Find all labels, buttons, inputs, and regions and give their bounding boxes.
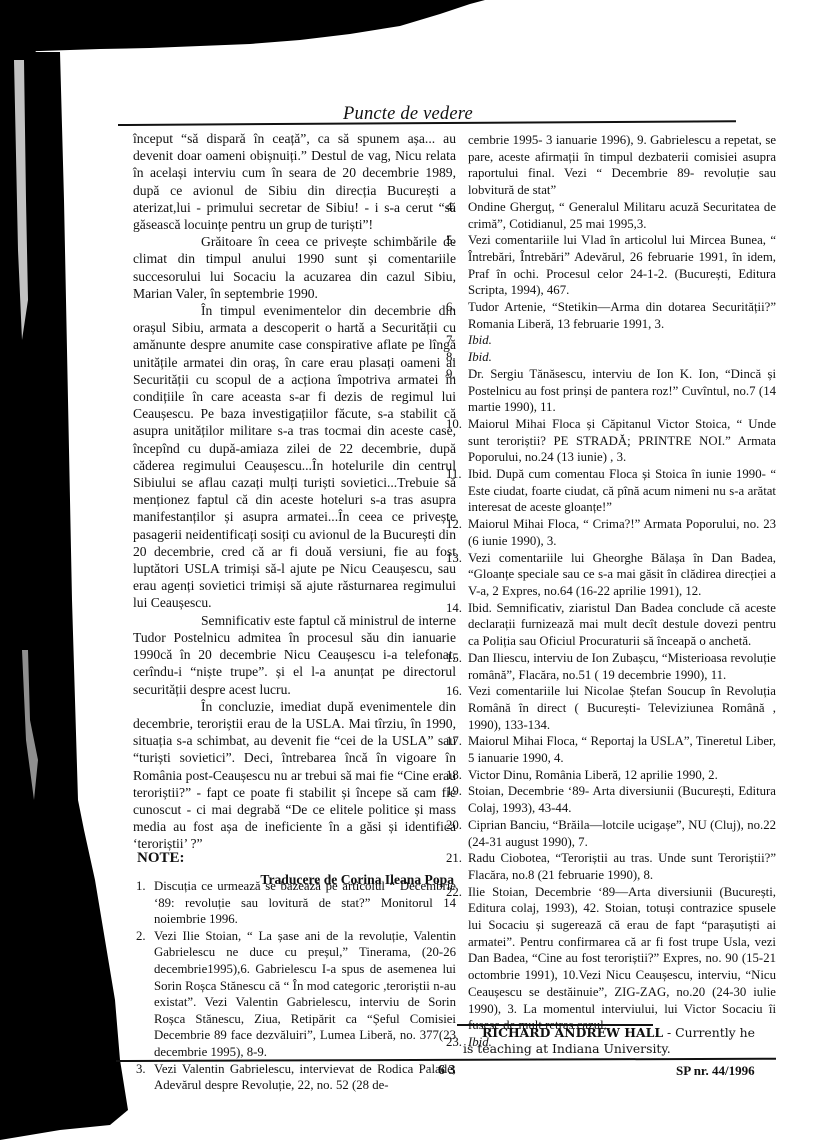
footnote-text: Ibid. xyxy=(468,349,776,366)
footnote-number: 6. xyxy=(446,299,468,332)
footnote: 18.Victor Dinu, România Liberă, 12 april… xyxy=(446,767,776,784)
article-paragraph: Semnificativ este faptul că ministrul de… xyxy=(133,612,456,698)
footnote-number: 7. xyxy=(446,332,468,349)
footnote-number: 22. xyxy=(446,884,468,1034)
page-number: 6 3 xyxy=(438,1063,456,1079)
footnote-text: Dan Iliescu, interviu de Ion Zubașcu, “M… xyxy=(468,650,776,683)
footnote-number: 11. xyxy=(446,466,468,516)
footnote-text: Dr. Sergiu Tănăsescu, interviu de Ion K.… xyxy=(468,366,776,416)
footnote: 12.Maiorul Mihai Floca, “ Crima?!” Armat… xyxy=(446,516,776,549)
footnote-number: 15. xyxy=(446,650,468,683)
footnote-text: Vezi Ilie Stoian, “ La șase ani de la re… xyxy=(154,928,456,1061)
footnote-number: 13. xyxy=(446,550,468,600)
footnote: 3. Vezi Valentin Gabrielescu, intervieva… xyxy=(136,1061,456,1094)
footnote-text: Ondine Gherguț, “ Generalul Militaru acu… xyxy=(468,199,776,232)
footnote-text: Discuția ce urmează se bazează pe artico… xyxy=(154,878,456,928)
footnote-text: Ibid. Semnificativ, ziaristul Dan Badea … xyxy=(468,600,776,650)
footnote-number: 12. xyxy=(446,516,468,549)
footnote-number: 14. xyxy=(446,600,468,650)
footnote: 19.Stoian, Decembrie ‘89- Arta diversiun… xyxy=(446,783,776,816)
footnote-number: 10. xyxy=(446,416,468,466)
footnote-number: 2. xyxy=(136,928,154,1061)
footnote-text: Vezi comentariile lui Nicolae Ștefan Sou… xyxy=(468,683,776,733)
footnote-text: Maiorul Mihai Floca și Căpitanul Victor … xyxy=(468,416,776,466)
footnote: 17.Maiorul Mihai Floca, “ Reportaj la US… xyxy=(446,733,776,766)
footnote-number: 21. xyxy=(446,850,468,883)
footnote: 13.Vezi comentariile lui Gheorghe Bălașa… xyxy=(446,550,776,600)
footnote: 8.Ibid. xyxy=(446,349,776,366)
footnote: 16.Vezi comentariile lui Nicolae Ștefan … xyxy=(446,683,776,733)
footnote-number: 5. xyxy=(446,232,468,299)
footnote-number: 19. xyxy=(446,783,468,816)
footnote: 9.Dr. Sergiu Tănăsescu, interviu de Ion … xyxy=(446,366,776,416)
footnote-text: Radu Ciobotea, “Teroriștii au tras. Unde… xyxy=(468,850,776,883)
author-bio: RICHARD ANDREW HALL - Currently he is te… xyxy=(463,1025,763,1057)
footnote: 15.Dan Iliescu, interviu de Ion Zubașcu,… xyxy=(446,650,776,683)
footnote-number: 3. xyxy=(136,1061,154,1094)
footnote-continuation: cembrie 1995- 3 ianuarie 1996), 9. Gabri… xyxy=(446,132,776,199)
footnote: 5.Vezi comentariile lui Vlad în articolu… xyxy=(446,232,776,299)
footnote-text: Vezi Valentin Gabrielescu, intervievat d… xyxy=(154,1061,456,1094)
article-paragraph: început “să dispară în ceață”, ca să spu… xyxy=(133,130,456,233)
footnote-number: 4. xyxy=(446,199,468,232)
footnote: 20.Ciprian Banciu, “Brăila—lotcile uciga… xyxy=(446,817,776,850)
footnote-number: 8. xyxy=(446,349,468,366)
footnote-text: Ibid. xyxy=(468,332,776,349)
footnote-text: Ibid. După cum comentau Floca și Stoica … xyxy=(468,466,776,516)
notes-list-right: cembrie 1995- 3 ianuarie 1996), 9. Gabri… xyxy=(446,132,776,1051)
footnote-text: Vezi comentariile lui Gheorghe Bălașa în… xyxy=(468,550,776,600)
footnote-text: Tudor Artenie, “Stetikin—Arma din dotare… xyxy=(468,299,776,332)
notes-heading: NOTE: xyxy=(137,850,185,867)
author-name: RICHARD ANDREW HALL xyxy=(463,1025,663,1040)
issue-label: SP nr. 44/1996 xyxy=(676,1063,755,1079)
footnote: 1. Discuția ce urmează se bazează pe art… xyxy=(136,878,456,928)
footnote: 11.Ibid. După cum comentau Floca și Stoi… xyxy=(446,466,776,516)
footnote: 4.Ondine Gherguț, “ Generalul Militaru a… xyxy=(446,199,776,232)
footnote: 2. Vezi Ilie Stoian, “ La șase ani de la… xyxy=(136,928,456,1061)
footnote: 21.Radu Ciobotea, “Teroriștii au tras. U… xyxy=(446,850,776,883)
footnote-number: 18. xyxy=(446,767,468,784)
footnote-number: 17. xyxy=(446,733,468,766)
footnote-number: 16. xyxy=(446,683,468,733)
article-body: început “să dispară în ceață”, ca să spu… xyxy=(133,130,456,888)
article-paragraph: Grăitoare în ceea ce privește schimbăril… xyxy=(133,233,456,302)
scan-shadow-left xyxy=(0,0,140,1140)
footnote: 14.Ibid. Semnificativ, ziaristul Dan Bad… xyxy=(446,600,776,650)
footnote-text: Ilie Stoian, Decembrie ‘89—Arta diversiu… xyxy=(468,884,776,1034)
footnote-text: Ciprian Banciu, “Brăila—lotcile ucigașe”… xyxy=(468,817,776,850)
footnote-text: Victor Dinu, România Liberă, 12 aprilie … xyxy=(468,767,776,784)
footnote-text: Vezi comentariile lui Vlad în articolul … xyxy=(468,232,776,299)
footnote: 22.Ilie Stoian, Decembrie ‘89—Arta diver… xyxy=(446,884,776,1034)
footnote: 10.Maiorul Mihai Floca și Căpitanul Vict… xyxy=(446,416,776,466)
footnote-number: 20. xyxy=(446,817,468,850)
footnote: 6.Tudor Artenie, “Stetikin—Arma din dota… xyxy=(446,299,776,332)
article-paragraph: În timpul evenimentelor din decembrie di… xyxy=(133,302,456,612)
footnote-number: 9. xyxy=(446,366,468,416)
footnote-text: Stoian, Decembrie ‘89- Arta diversiunii … xyxy=(468,783,776,816)
footnote-text: Maiorul Mihai Floca, “ Crima?!” Armata P… xyxy=(468,516,776,549)
footnote-number: 1. xyxy=(136,878,154,928)
footnote: 7.Ibid. xyxy=(446,332,776,349)
article-paragraph: În concluzie, imediat după evenimentele … xyxy=(133,698,456,853)
footnote-text: Maiorul Mihai Floca, “ Reportaj la USLA”… xyxy=(468,733,776,766)
